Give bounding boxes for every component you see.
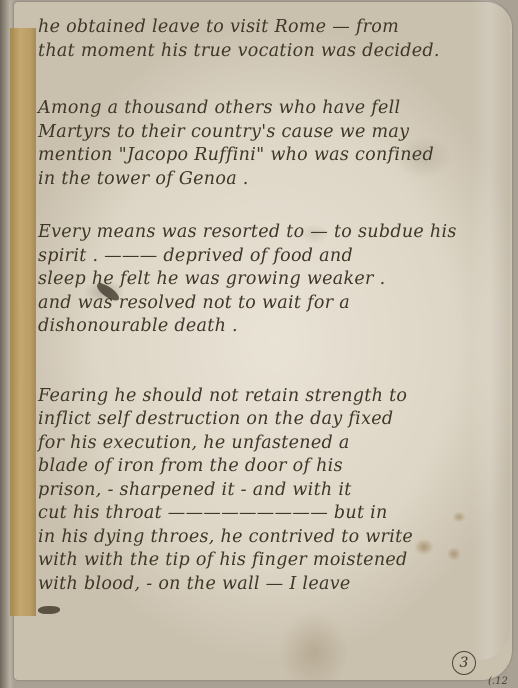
text-line: with blood, - on the wall — I leave [38, 573, 498, 597]
text-line: for his execution, he unfastened a [38, 432, 498, 456]
text-line: mention "Jacopo Ruffini" who was confine… [38, 144, 498, 168]
text-line: prison, - sharpened it - and with it [38, 479, 498, 503]
paragraph-3: Every means was resorted to — to subdue … [38, 221, 498, 339]
binding-tape [10, 28, 36, 616]
text-line: blade of iron from the door of his [38, 455, 498, 479]
text-line: in the tower of Genoa . [38, 168, 498, 192]
text-line: inflict self destruction on the day fixe… [38, 408, 498, 432]
text-line: he obtained leave to visit Rome — from [38, 16, 498, 40]
text-line: spirit . ——— deprived of food and [38, 245, 498, 269]
ink-scribble [38, 606, 60, 614]
text-line: Fearing he should not retain strength to [38, 385, 498, 409]
text-line: Among a thousand others who have fell [38, 97, 498, 121]
corner-mark: (.12 [488, 676, 508, 687]
text-line: with with the tip of his finger moistene… [38, 549, 498, 573]
text-line: cut his throat ————————— but in [38, 502, 498, 526]
paragraph-1: he obtained leave to visit Rome — from t… [38, 16, 498, 63]
text-line: sleep he felt he was growing weaker . [38, 268, 498, 292]
text-line: in his dying throes, he contrived to wri… [38, 526, 498, 550]
text-line: dishonourable death . [38, 315, 498, 339]
text-line: and was resolved not to wait for a [38, 292, 498, 316]
page-number-circled: 3 [452, 651, 476, 675]
paragraph-2: Among a thousand others who have fell Ma… [38, 97, 498, 191]
text-line: Martyrs to their country's cause we may [38, 121, 498, 145]
text-line: Every means was resorted to — to subdue … [38, 221, 498, 245]
text-line: that moment his true vocation was decide… [38, 40, 498, 64]
paragraph-4: Fearing he should not retain strength to… [38, 385, 498, 597]
manuscript-text: he obtained leave to visit Rome — from t… [38, 16, 498, 596]
